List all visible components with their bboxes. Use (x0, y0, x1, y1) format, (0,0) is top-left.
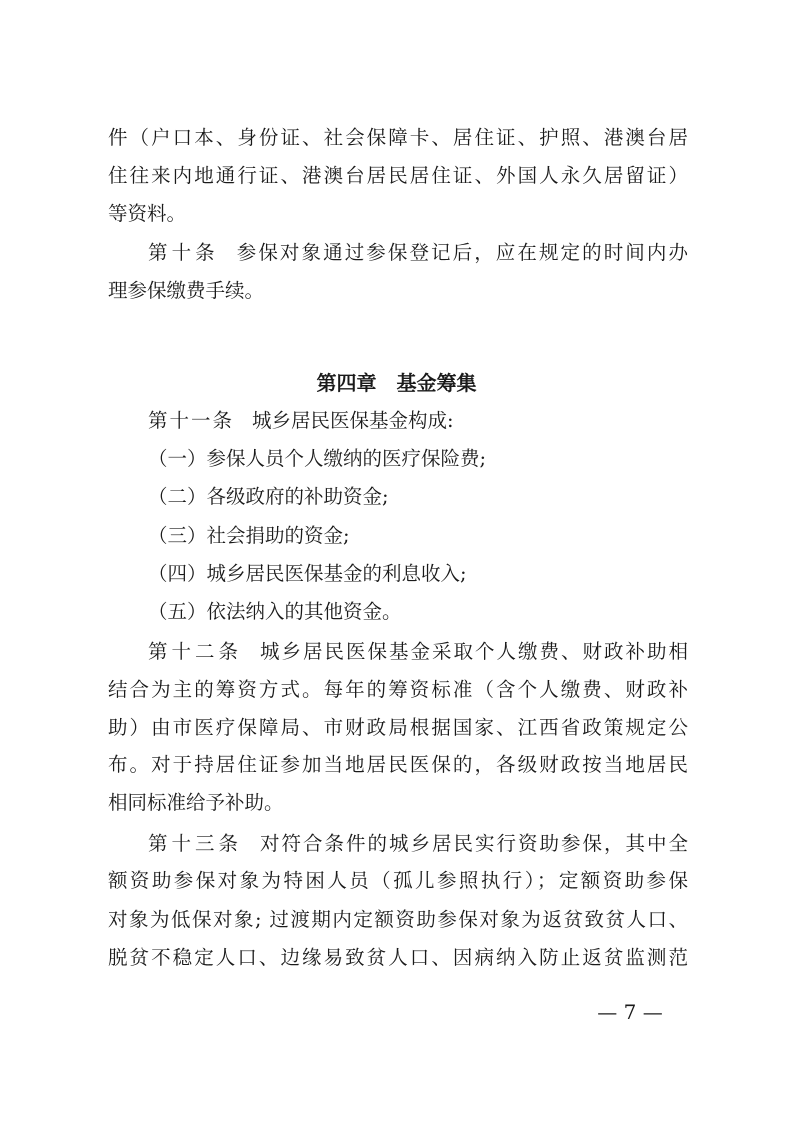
text-line: 对象为低保对象; 过渡期内定额资助参保对象为返贫致贫人口、 (108, 905, 688, 935)
text-line: 相同标准给予补助。 (108, 788, 688, 818)
article-10-label: 第十条 (148, 241, 219, 264)
text-line: 额资助参保对象为特困人员（孤儿参照执行）；定额资助参保 (108, 866, 688, 896)
page-number: — 7 — (580, 997, 680, 1027)
article-13-label: 第十三条 (148, 832, 242, 855)
text-line: 布。对于持居住证参加当地居民医保的，各级财政按当地居民 (108, 750, 688, 780)
chapter-title: 第四章 基金筹集 (0, 368, 793, 398)
list-item: （三）社会捐助的资金; (148, 521, 688, 551)
article-12-first-line: 第十二条城乡居民医保基金采取个人缴费、财政补助相 (148, 637, 688, 667)
article-13-first-line: 第十三条对符合条件的城乡居民实行资助参保，其中全 (148, 829, 688, 859)
article-11-label: 第十一条 (148, 409, 234, 432)
document-page: 件（户口本、身份证、社会保障卡、居住证、护照、港澳台居 住往来内地通行证、港澳台… (0, 0, 793, 1122)
article-11-first-line: 第十一条城乡居民医保基金构成: (148, 406, 688, 436)
list-item: （四）城乡居民医保基金的利息收入; (148, 559, 688, 589)
article-10-first-line: 第十条参保对象通过参保登记后，应在规定的时间内办 (148, 238, 688, 268)
text-line: 住往来内地通行证、港澳台居民居住证、外国人永久居留证） (108, 161, 688, 191)
list-item: （五）依法纳入的其他资金。 (148, 597, 688, 627)
text-line: 脱贫不稳定人口、边缘易致贫人口、因病纳入防止返贫监测范 (108, 943, 688, 973)
text-line: 结合为主的筹资方式。每年的筹资标准（含个人缴费、财政补 (108, 675, 688, 705)
article-10-continuation: 理参保缴费手续。 (108, 276, 688, 306)
text-line: 件（户口本、身份证、社会保障卡、居住证、护照、港澳台居 (108, 123, 688, 153)
list-item: （二）各级政府的补助资金; (148, 482, 688, 512)
article-11-text: 城乡居民医保基金构成: (252, 409, 454, 432)
article-10-text: 参保对象通过参保登记后，应在规定的时间内办 (237, 241, 688, 264)
article-12-text: 城乡居民医保基金采取个人缴费、财政补助相 (260, 640, 688, 663)
list-item: （一）参保人员个人缴纳的医疗保险费; (148, 444, 688, 474)
text-line: 等资料。 (108, 199, 688, 229)
text-line: 助）由市医疗保障局、市财政局根据国家、江西省政策规定公 (108, 713, 688, 743)
article-13-text: 对符合条件的城乡居民实行资助参保，其中全 (260, 832, 688, 855)
article-12-label: 第十二条 (148, 640, 242, 663)
